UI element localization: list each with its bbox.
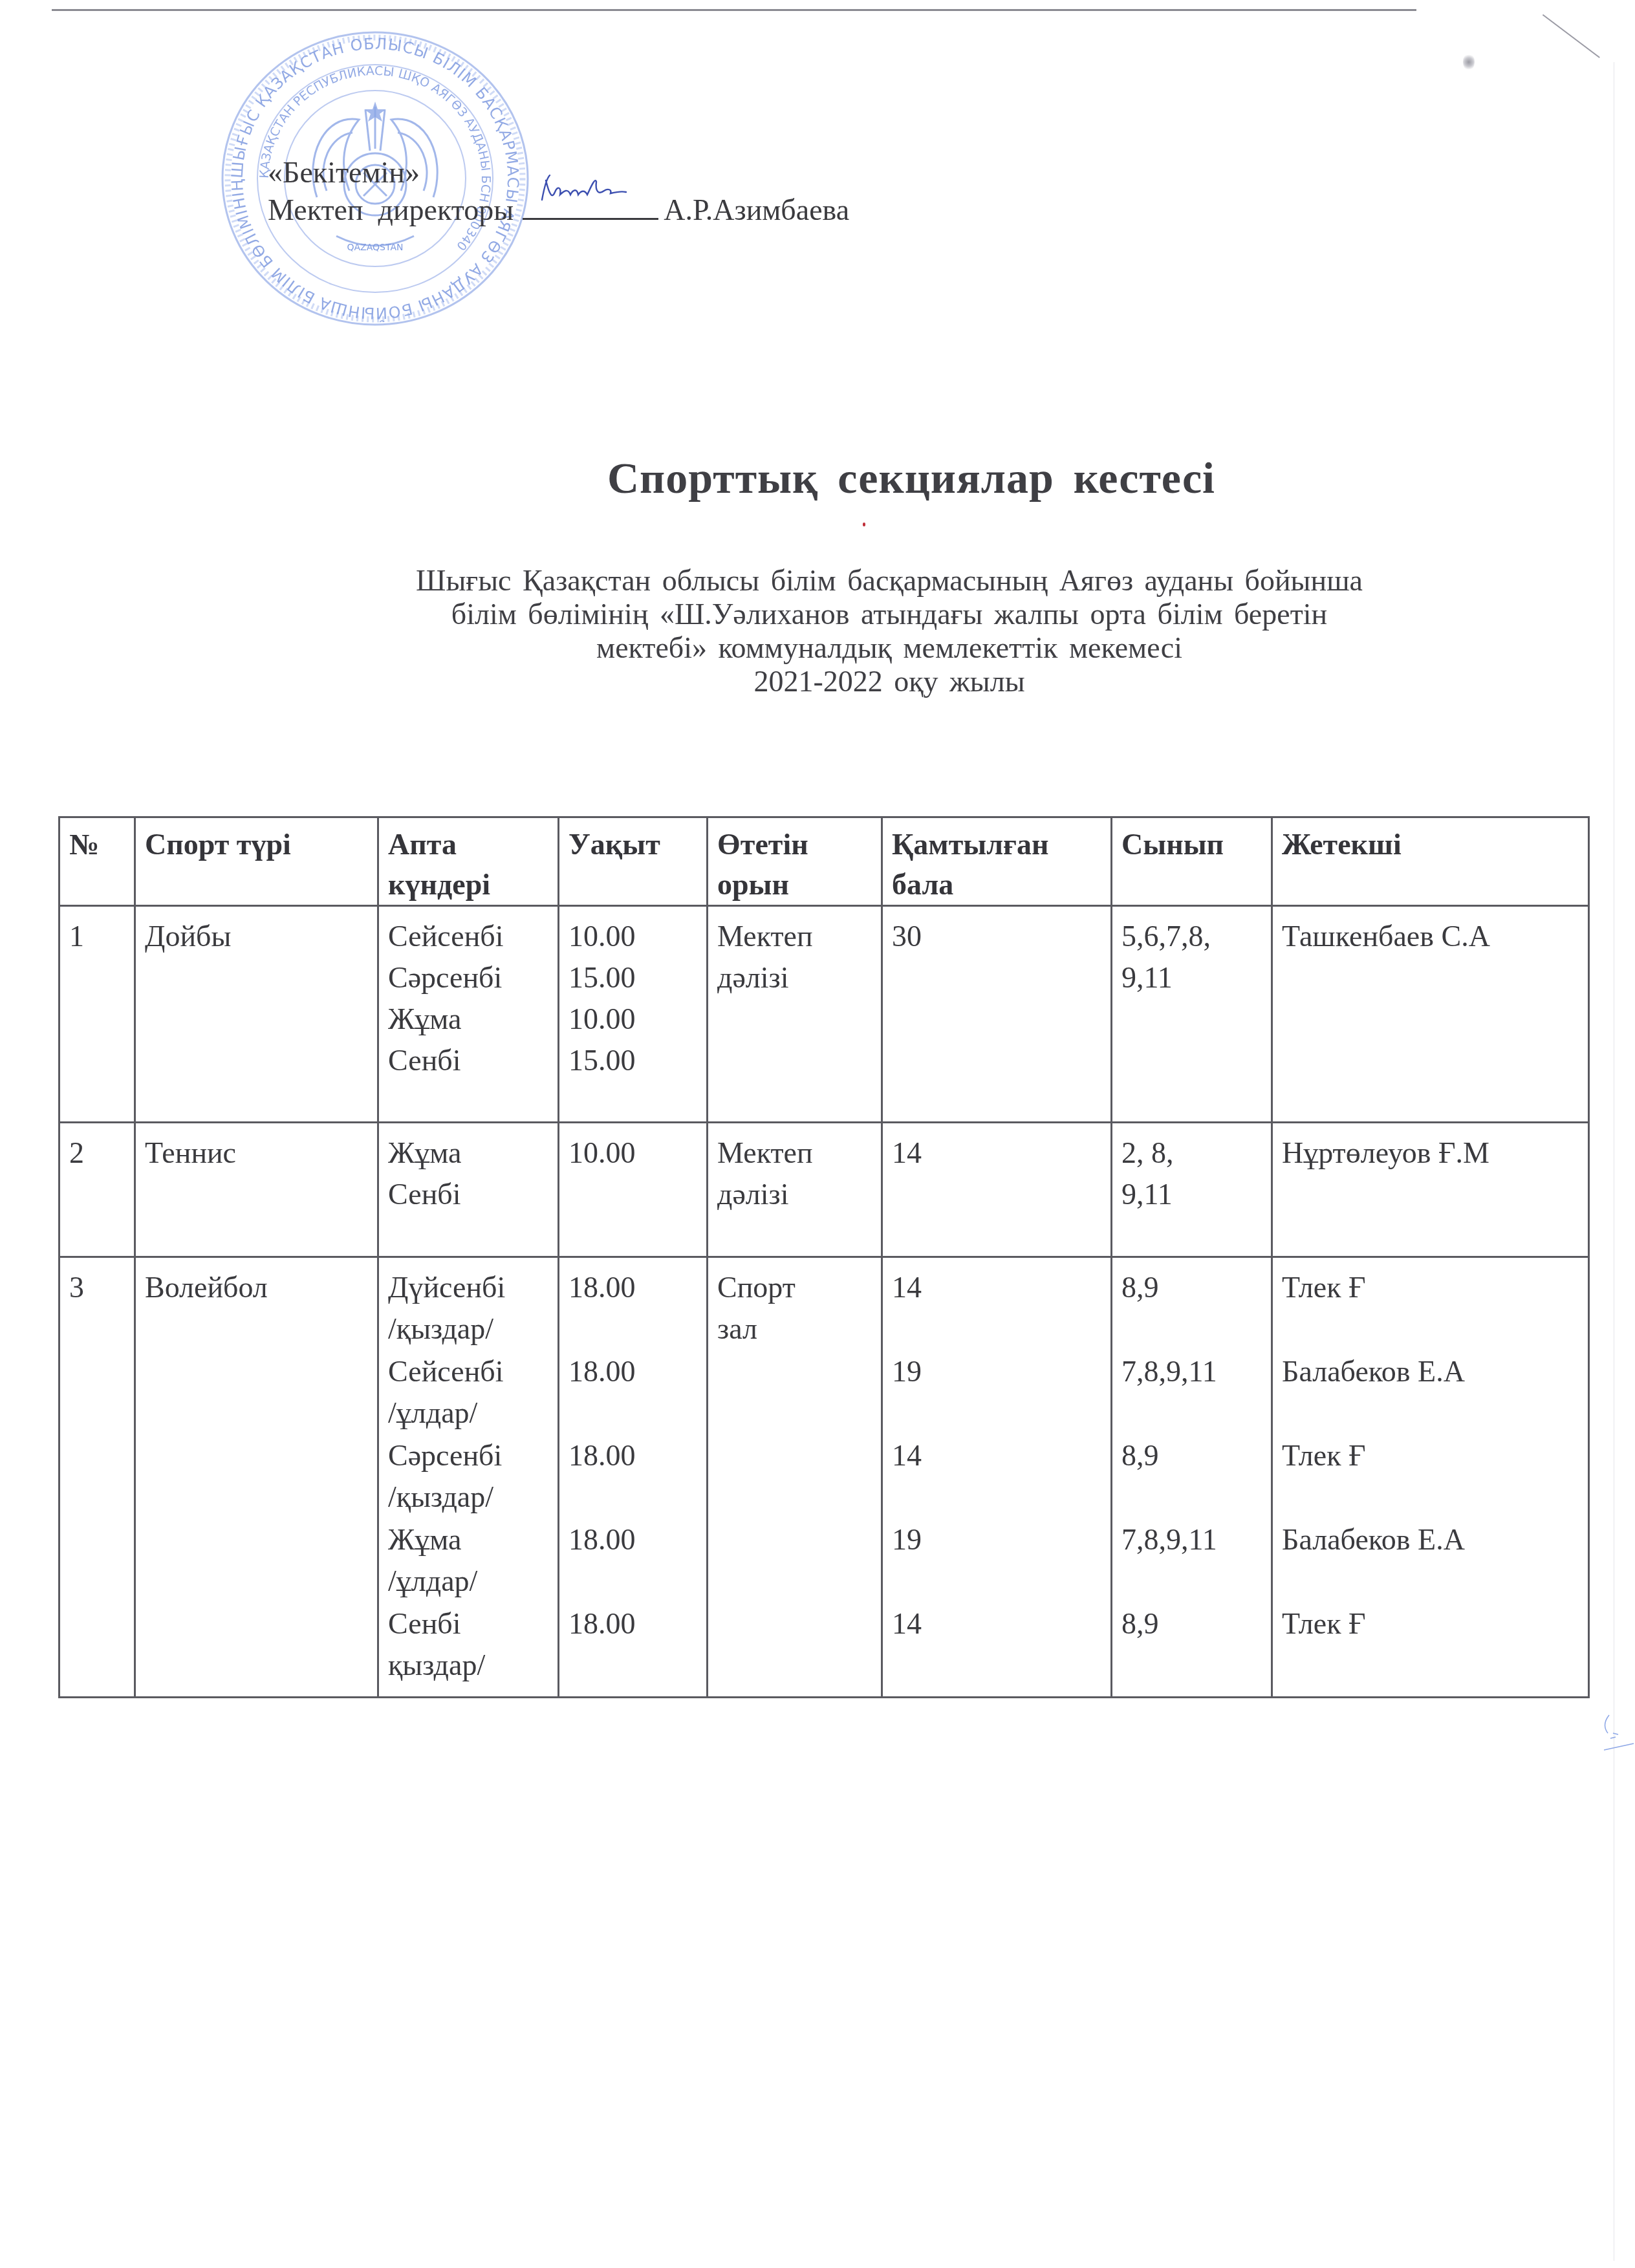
scan-speck <box>1463 53 1475 71</box>
cell-days: Дүйсенбі/қыздар/ Сейсенбі/ұлдар/ Сәрсенб… <box>378 1257 559 1698</box>
page-title: Спорттық секциялар кестесі <box>0 453 1635 504</box>
table-row: 1 Дойбы Сейсенбі Сәрсенбі Жұма Сенбі 10.… <box>60 906 1589 1123</box>
schedule-table: № Спорт түрі Апта күндері Уақыт Өтетін о… <box>58 816 1590 1698</box>
paper-edge-right <box>1614 62 1614 2261</box>
cell-grade: 2, 8, 9,11 <box>1112 1123 1272 1257</box>
cell-grade: 8,9 7,8,9,11 8,9 7,8,9,11 8,9 <box>1112 1257 1272 1698</box>
academic-year: 2021-2022 оқу жылы <box>255 665 1523 698</box>
col-header-grade: Сынып <box>1112 817 1272 906</box>
cell-place: Спорт зал <box>708 1257 882 1698</box>
cell-time: 18.00 18.00 18.00 18.00 18.00 <box>559 1257 708 1698</box>
paper-fold-corner <box>1543 14 1600 58</box>
svg-text:QAZAQSTAN: QAZAQSTAN <box>347 243 404 253</box>
cell-leader: Нұртөлеуов Ғ.М <box>1272 1123 1589 1257</box>
subtitle: Шығыс Қазақстан облысы білім басқармасын… <box>255 564 1523 698</box>
director-name: А.Р.Азимбаева <box>664 193 849 226</box>
col-header-days: Апта күндері <box>378 817 559 906</box>
signature-line <box>523 192 658 220</box>
table-header-row: № Спорт түрі Апта күндері Уақыт Өтетін о… <box>60 817 1589 906</box>
paper-edge <box>52 9 1416 11</box>
subtitle-line: Шығыс Қазақстан облысы білім басқармасын… <box>255 564 1523 598</box>
col-header-time: Уақыт <box>559 817 708 906</box>
cell-leader: Тлек Ғ Балабеков Е.А Тлек Ғ Балабеков Е.… <box>1272 1257 1589 1698</box>
cell-children: 14 19 14 19 14 <box>882 1257 1112 1698</box>
col-header-sport: Спорт түрі <box>135 817 378 906</box>
col-header-place: Өтетін орын <box>708 817 882 906</box>
director-position: Мектеп директоры <box>268 193 514 226</box>
director-line: Мектеп директорыА.Р.Азимбаева <box>268 191 849 229</box>
subtitle-line: білім бөлімінің «Ш.Уәлиханов атындағы жа… <box>255 598 1523 631</box>
cell-no: 1 <box>60 906 135 1123</box>
cell-no: 2 <box>60 1123 135 1257</box>
cell-sport: Теннис <box>135 1123 378 1257</box>
cell-children: 30 <box>882 906 1112 1123</box>
cell-place: Мектеп дәлізі <box>708 1123 882 1257</box>
cell-days: Сейсенбі Сәрсенбі Жұма Сенбі <box>378 906 559 1123</box>
col-header-no: № <box>60 817 135 906</box>
table-row: 2 Теннис Жұма Сенбі 10.00 Мектеп дәлізі … <box>60 1123 1589 1257</box>
cell-place: Мектеп дәлізі <box>708 906 882 1123</box>
subtitle-line: мектебі» коммуналдық мемлекеттік мекемес… <box>255 631 1523 665</box>
col-header-children: Қамтылған бала <box>882 817 1112 906</box>
ink-dot <box>863 523 865 526</box>
cell-leader: Ташкенбаев С.А <box>1272 906 1589 1123</box>
approval-block: «Бекітемін» Мектеп директорыА.Р.Азимбаев… <box>268 154 849 229</box>
col-header-leader: Жетекші <box>1272 817 1589 906</box>
cell-time: 10.00 15.00 10.00 15.00 <box>559 906 708 1123</box>
cell-time: 10.00 <box>559 1123 708 1257</box>
cell-sport: Волейбол <box>135 1257 378 1698</box>
cell-no: 3 <box>60 1257 135 1698</box>
stamp-fragment-icon <box>1604 1714 1635 1753</box>
cell-days: Жұма Сенбі <box>378 1123 559 1257</box>
cell-grade: 5,6,7,8, 9,11 <box>1112 906 1272 1123</box>
cell-sport: Дойбы <box>135 906 378 1123</box>
cell-children: 14 <box>882 1123 1112 1257</box>
signature-icon <box>536 173 652 205</box>
table-row: 3 Волейбол Дүйсенбі/қыздар/ Сейсенбі/ұлд… <box>60 1257 1589 1698</box>
